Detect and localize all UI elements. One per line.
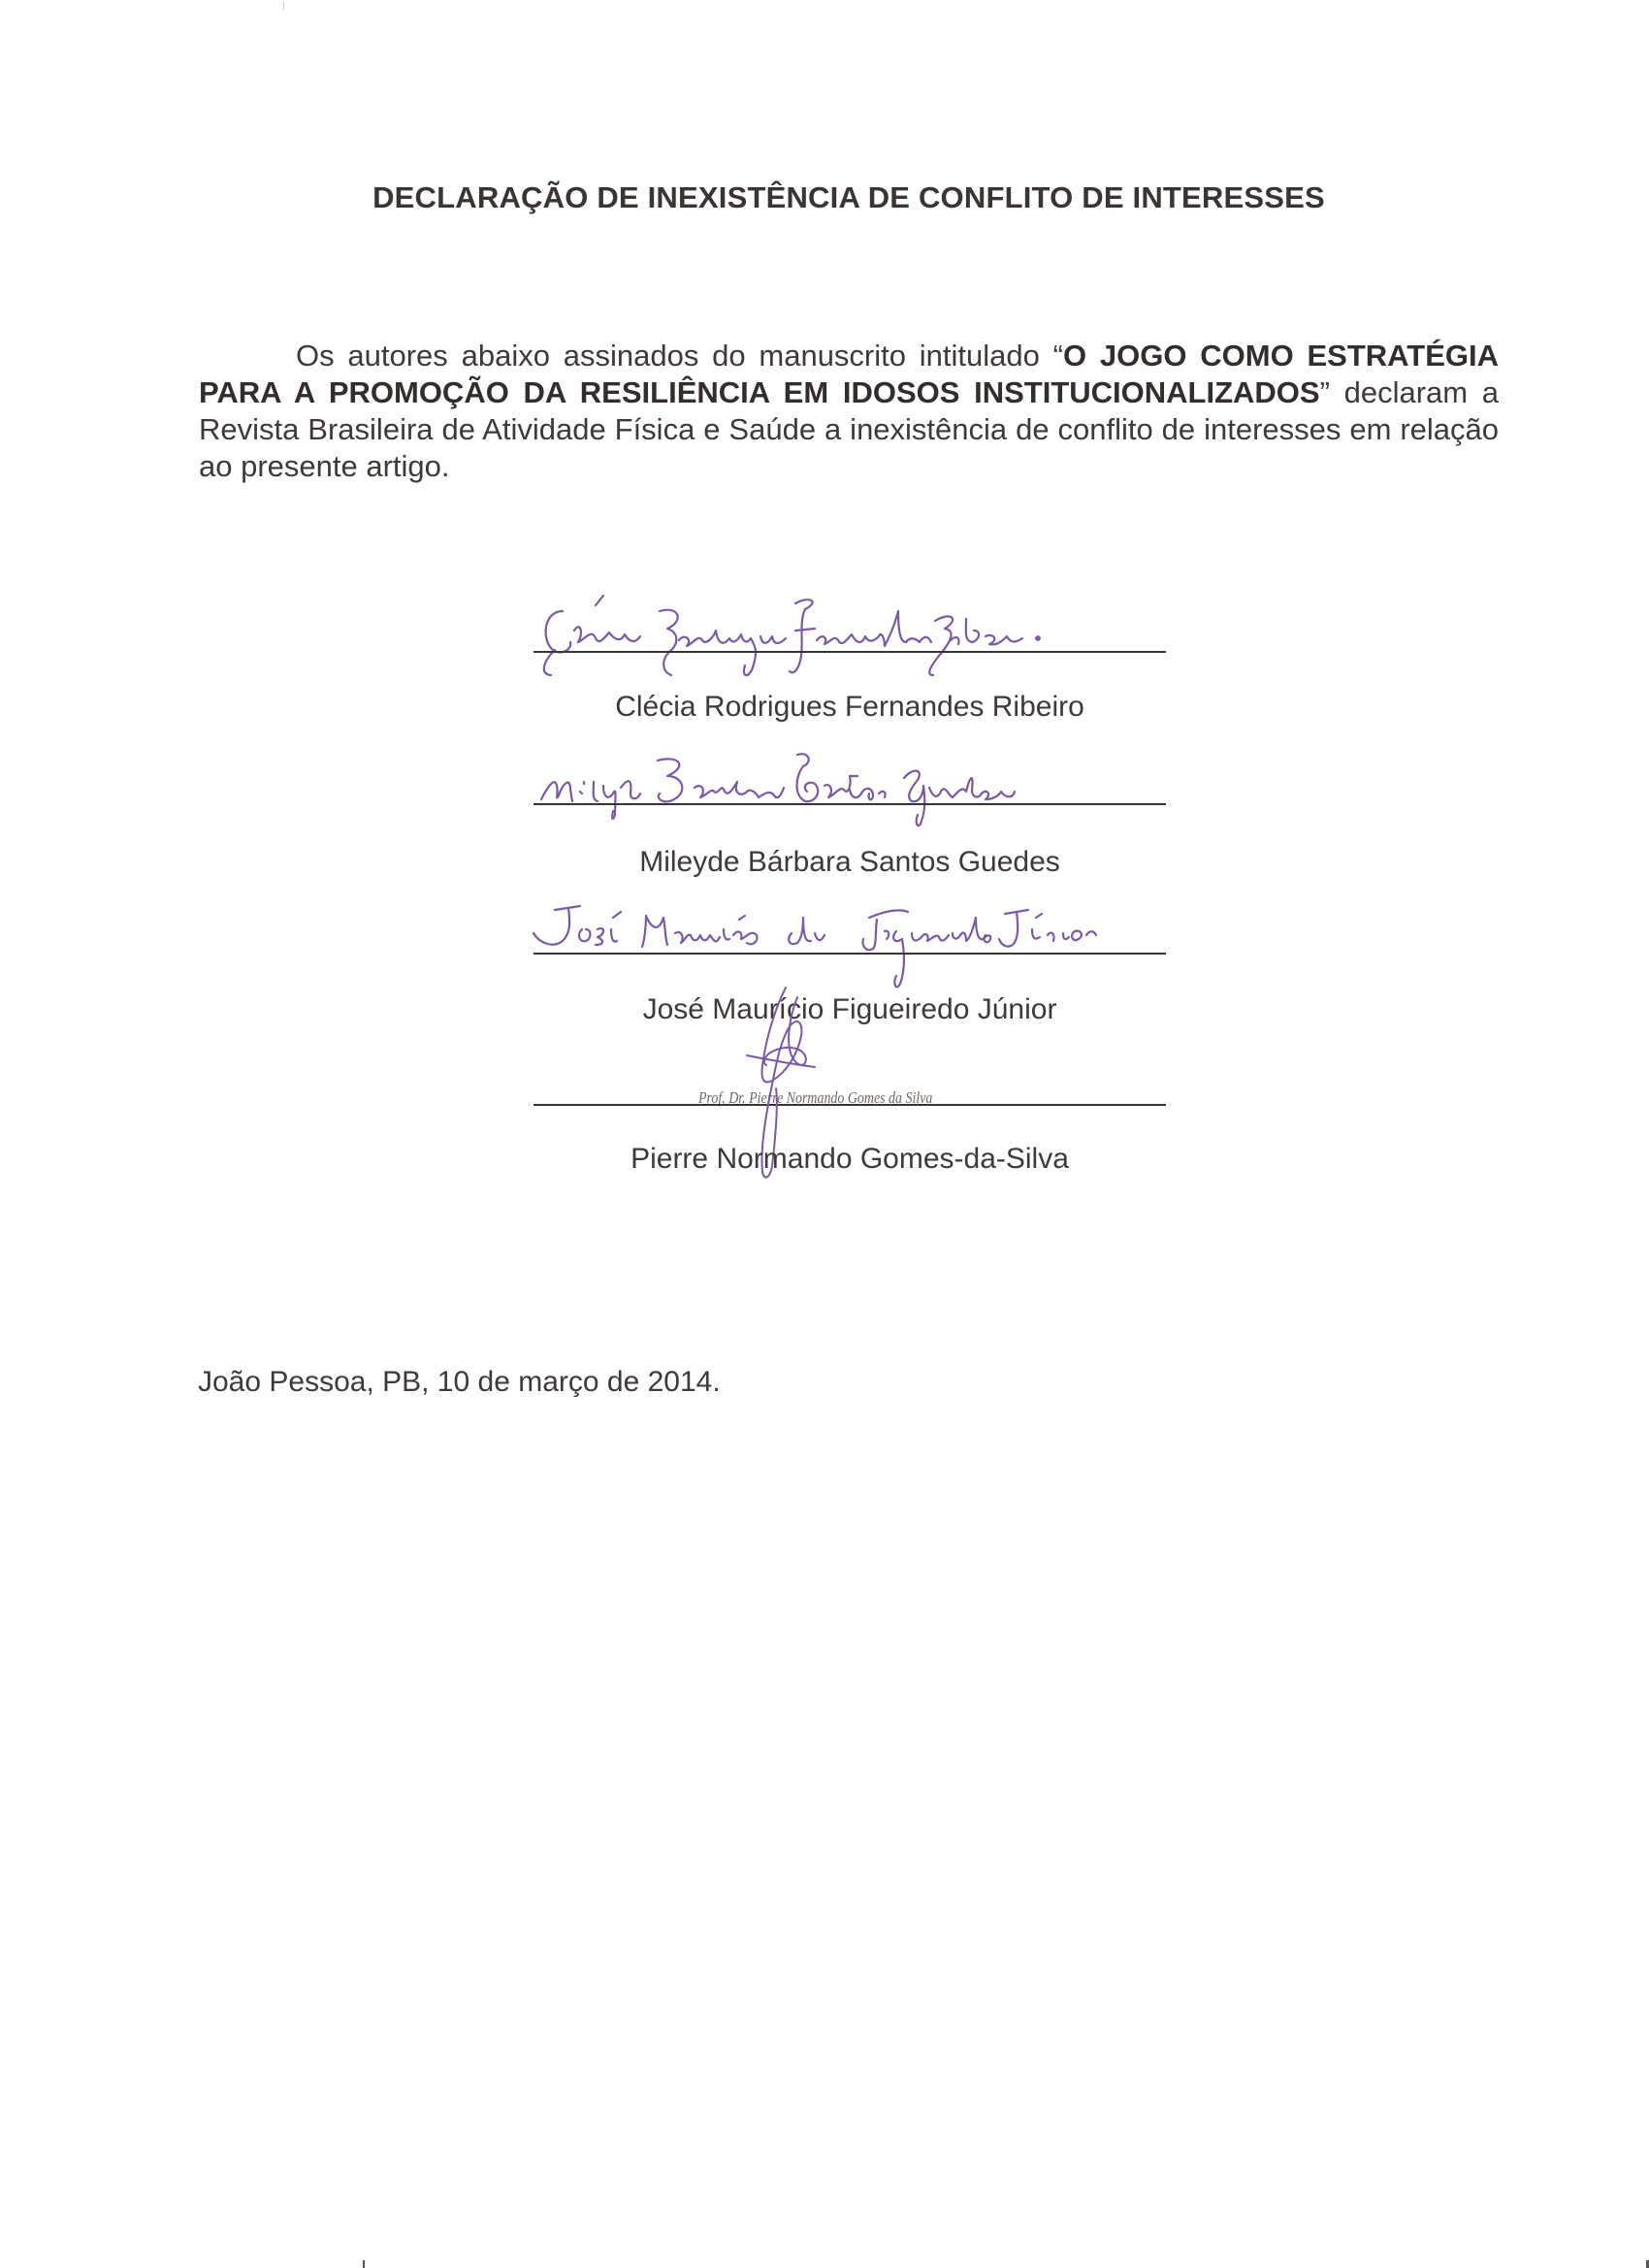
- document-title: DECLARAÇÃO DE INEXISTÊNCIA DE CONFLITO D…: [0, 180, 1649, 215]
- declaration-paragraph: Os autores abaixo assinados do manuscrit…: [199, 338, 1499, 485]
- scan-artifact-bottom-left: [363, 2260, 365, 2268]
- signature-line-3: [533, 953, 1166, 955]
- signatory-name-4: Pierre Normando Gomes-da-Silva: [533, 1143, 1166, 1176]
- signatory-name-3: José Maurício Figueiredo Júnior: [533, 993, 1166, 1026]
- paragraph-intro: Os autores abaixo assinados do manuscrit…: [296, 339, 1063, 373]
- signatory-name-2: Mileyde Bárbara Santos Guedes: [533, 846, 1166, 879]
- handwritten-signature-2: [533, 737, 1232, 844]
- handwritten-signature-1: [533, 582, 1232, 689]
- scan-artifact-top: [283, 2, 284, 10]
- signature-line-2: [533, 803, 1166, 805]
- signatory-name-1: Clécia Rodrigues Fernandes Ribeiro: [533, 691, 1166, 724]
- signature-line-4: [533, 1104, 1166, 1106]
- place-and-date: João Pessoa, PB, 10 de março de 2014.: [198, 1366, 721, 1399]
- signature-line-1: [533, 651, 1166, 653]
